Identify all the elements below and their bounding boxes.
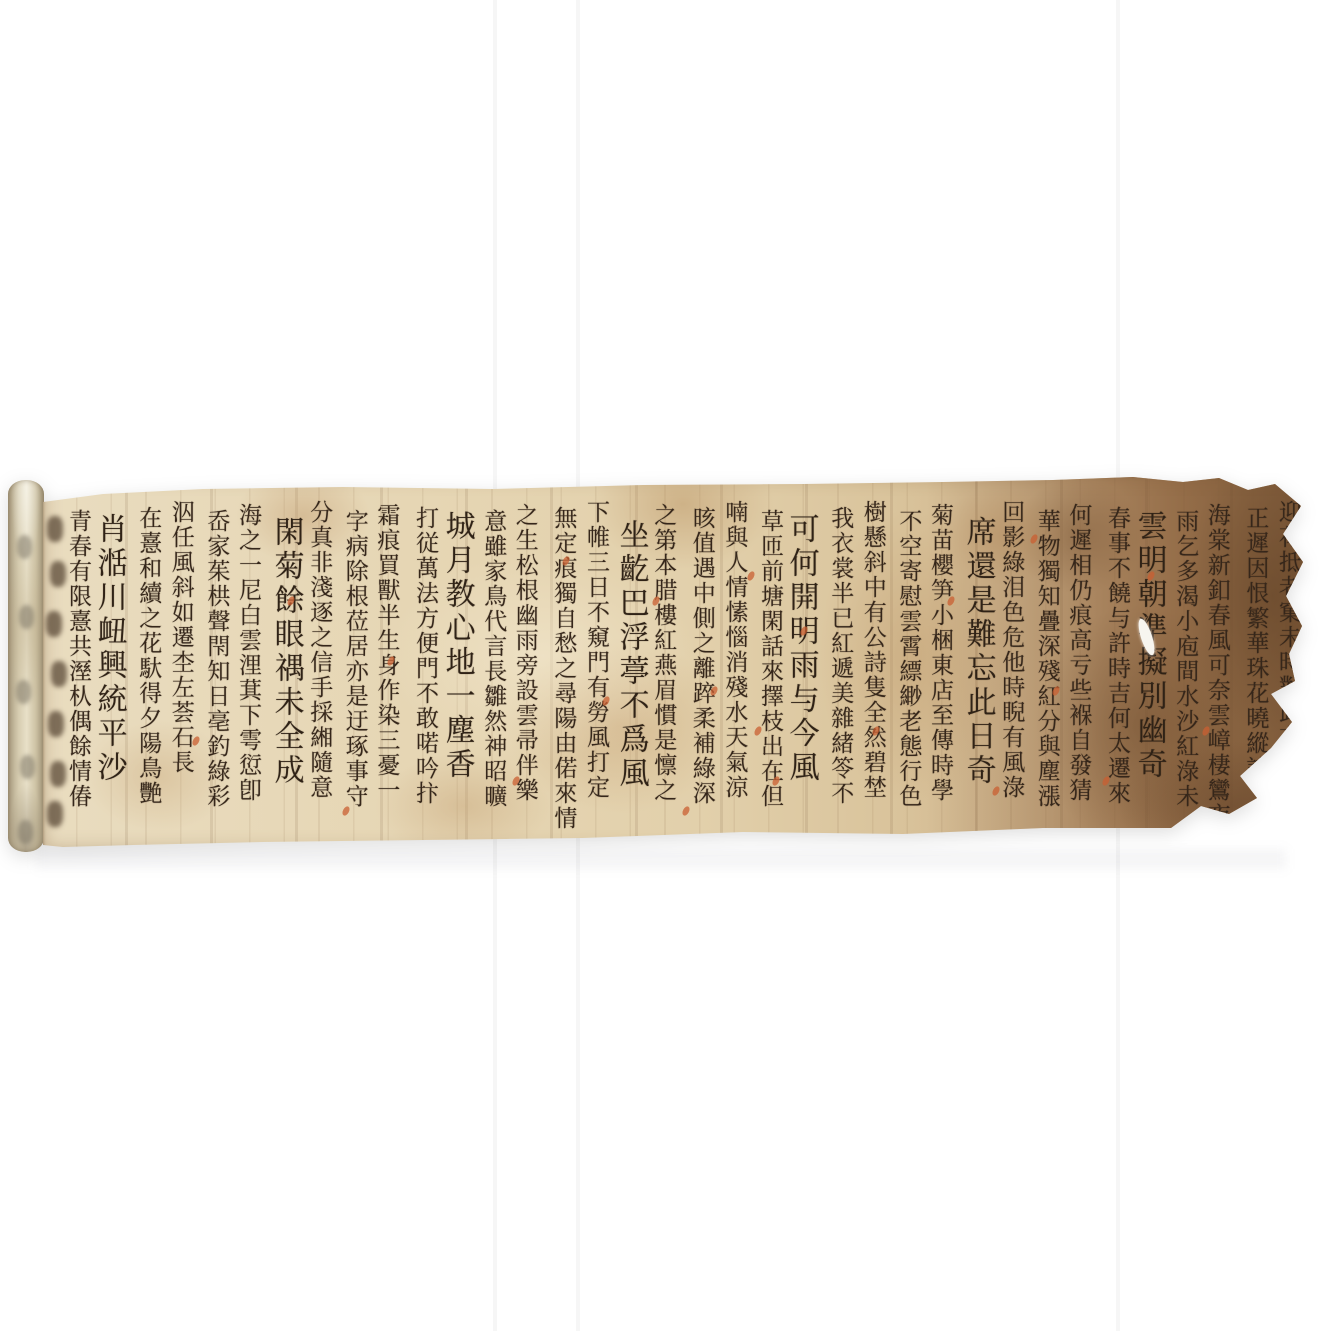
text-column: 泅任風斜如遷杢左荟石長 xyxy=(169,500,192,775)
text-column: 青春有限憙共溼朲偶餘情偆 xyxy=(66,509,89,809)
text-column: 閑菊餘眼禑未全成 xyxy=(271,516,301,788)
text-column: 草匝前塘閑話來擇枝出在但 xyxy=(758,509,781,809)
smudged-character xyxy=(47,516,63,542)
text-column: 菊苗櫻笋小梱東店至傳時學 xyxy=(928,503,951,803)
text-column: 意雖家鳥代言長雛然神昭曠 xyxy=(481,509,504,809)
text-column: 雨乞多渴小庖間水沙紅淥未 xyxy=(1173,509,1196,809)
text-column: 坐齕巴浮葶不爲風 xyxy=(616,519,646,791)
scroll-paper: 迎花抵老窠未時對此有正遲因恨繁華珠花曉縱誇海棠新釦春風可奈雲嶂棲鸞夜雨乞多渴小庖… xyxy=(43,476,1305,850)
text-column: 之生松根幽雨旁設雲帚伴樂 xyxy=(513,503,536,803)
ghost-character xyxy=(17,535,32,559)
text-column: 分真非淺逐之信手採緗隨意 xyxy=(307,500,330,800)
vermilion-mark xyxy=(746,570,756,582)
text-column: 華物獨知疊深殘紅分與塵漲 xyxy=(1035,509,1058,809)
text-column: 迎花抵老窠未時對此有 xyxy=(1276,500,1299,750)
smudged-character xyxy=(48,711,64,737)
text-column: 在憙和續之花馱得夕陽鳥艷 xyxy=(136,506,159,806)
smudged-character xyxy=(47,801,63,827)
ghost-character xyxy=(16,680,31,704)
text-column: 霜痕買獸半生身作染三憂一 xyxy=(374,503,397,803)
text-column: 正遲因恨繁華珠花曉縱誇 xyxy=(1243,506,1266,781)
text-column: 可何開明雨与今風 xyxy=(786,513,816,785)
text-column: 樹懸斜中有公詩隻全然碧埜 xyxy=(861,500,884,800)
text-column: 岙家茱栱聲閇知日亳釣綠彩 xyxy=(204,509,227,809)
handscroll: 迎花抵老窠未時對此有正遲因恨繁華珠花曉縱誇海棠新釦春風可奈雲嶂棲鸞夜雨乞多渴小庖… xyxy=(0,0,1331,1331)
text-column: 下帷三日不窺門有勞風打定 xyxy=(584,500,607,800)
ghost-character xyxy=(19,605,34,629)
text-column: 晐值遇中側之離踤柔補綠深 xyxy=(690,506,713,806)
text-column: 城月教心地一塵香 xyxy=(442,510,472,782)
smudged-character xyxy=(50,561,66,587)
text-column: 肖湉川衄興統平沙 xyxy=(94,513,124,785)
ghost-character xyxy=(20,755,35,779)
text-column: 席還是難忘此日奇 xyxy=(963,516,993,788)
smudged-character xyxy=(46,611,62,637)
text-column: 我衣裳半已紅遞美雜緒笭不 xyxy=(828,506,851,806)
text-column: 春事不饒与許時吉何太遷來 xyxy=(1105,506,1128,806)
text-column: 無定痕獨自愁之尋陽由偌來情 xyxy=(551,506,574,831)
photo-background: 迎花抵老窠未時對此有正遲因恨繁華珠花曉縱誇海棠新釦春風可奈雲嶂棲鸞夜雨乞多渴小庖… xyxy=(0,0,1331,1331)
text-column: 之第本腊樓紅燕眉慣是懔之 xyxy=(651,503,674,803)
vermilion-mark xyxy=(681,805,691,817)
text-column: 不空寄慰雲霄縹緲老態行色 xyxy=(896,509,919,809)
text-column: 回影綠泪色危他時睨有風淥 xyxy=(999,500,1022,800)
ghost-character xyxy=(18,820,33,844)
text-column: 何遲相仍痕高亏些褓自發猜 xyxy=(1066,503,1089,803)
scroll-roller xyxy=(8,480,44,852)
text-column: 喃與人情愫惱消殘水天氣涼 xyxy=(722,500,745,800)
text-column: 打従萬法方便門不敢喏吟抃 xyxy=(413,506,436,806)
text-column: 字病除根莅居亦是迂琢事守 xyxy=(343,509,366,809)
text-column: 海棠新釦春風可奈雲嶂棲鸞夜 xyxy=(1205,503,1228,828)
smudged-character xyxy=(50,761,66,787)
text-column: 海之一尼白雲浬萁下雩愆卽 xyxy=(236,503,259,803)
